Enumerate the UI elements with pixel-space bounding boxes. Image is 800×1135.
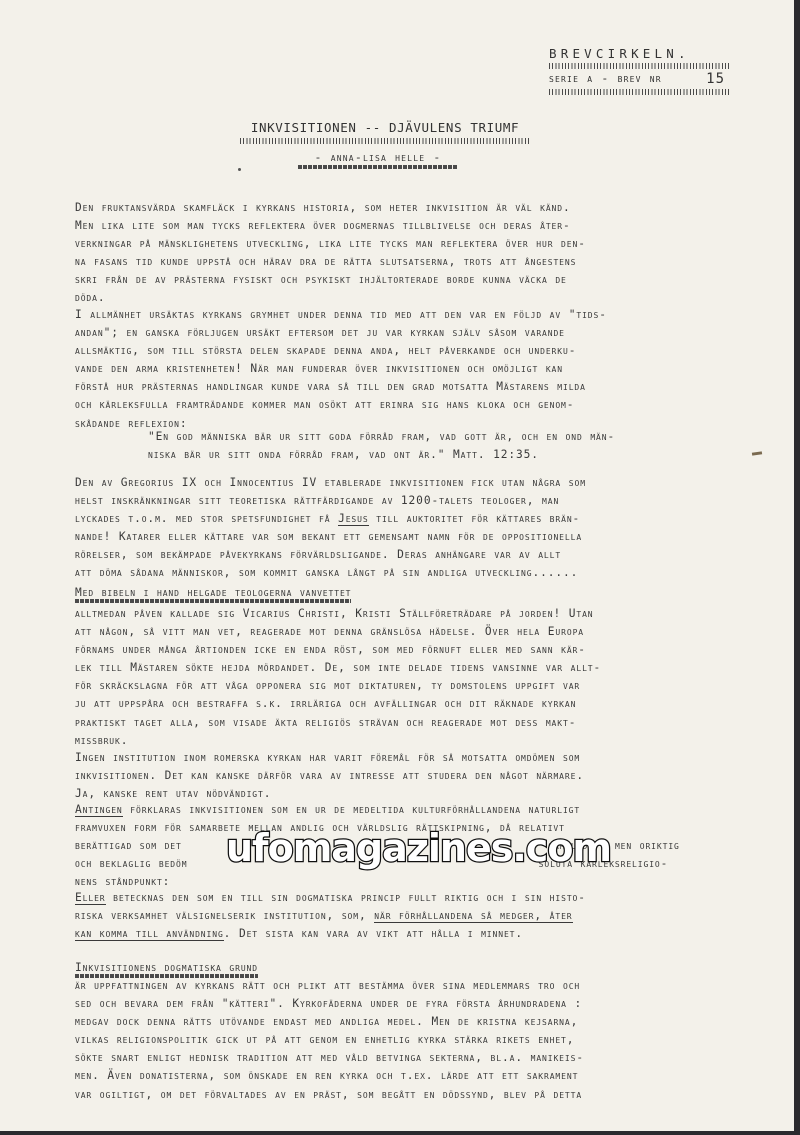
- paragraph-8: är uppfattningen av kyrkans rätt och pli…: [75, 977, 775, 1104]
- text-segment: nens ståndpunkt:: [75, 875, 170, 888]
- tick-divider: [549, 63, 729, 69]
- letter-number: 15: [706, 71, 725, 87]
- text-line: niska bär ur sitt onda förråd fram, vad …: [148, 446, 768, 464]
- text-segment: niska bär ur sitt onda förråd fram, vad …: [148, 448, 539, 461]
- text-line: inkvisitionen. Det kan kanske därför var…: [75, 767, 775, 785]
- text-segment: Den fruktansvärda skamfläck i kyrkans hi…: [75, 201, 571, 214]
- text-segment: Ingen institution inom romerska kyrkan h…: [75, 751, 580, 764]
- article-title: INKVISITIONEN -- DJÄVULENS TRIUMF: [240, 120, 530, 135]
- underlined-text: Jesus: [338, 512, 369, 526]
- text-line: nande! Katarer eller kättare var som bek…: [75, 528, 775, 546]
- text-line: praktiskt taget alla, som visade äkta re…: [75, 714, 775, 732]
- text-segment: praktiskt taget alla, som visade äkta re…: [75, 716, 576, 729]
- text-segment: I allmänhet ursäktas kyrkans grymhet und…: [75, 308, 607, 321]
- text-segment: verkningar på mänsklighetens utveckling,…: [75, 237, 586, 250]
- text-segment: vilkas religionspolitik gick ut på att g…: [75, 1033, 574, 1046]
- text-line: Antingen förklaras inkvisitionen som en …: [75, 801, 775, 819]
- paragraph-3: Den av Gregorius IX och Innocentius IV e…: [75, 474, 775, 583]
- article-title-block: INKVISITIONEN -- DJÄVULENS TRIUMF: [240, 120, 530, 146]
- text-line: men. Även donatisterna, som önskade en r…: [75, 1067, 775, 1085]
- underlined-text: Eller: [75, 891, 106, 905]
- text-segment: inkvisitionen. Det kan kanske därför var…: [75, 769, 584, 782]
- text-segment: nande! Katarer eller kättare var som bek…: [75, 530, 582, 543]
- paragraph-1: Den fruktansvärda skamfläck i kyrkans hi…: [75, 199, 775, 308]
- text-segment: för skräckslagna för att våga opponera s…: [75, 679, 580, 692]
- text-segment: förklaras inkvisitionen som en ur de med…: [123, 803, 580, 816]
- text-segment: Men lika lite som man tycks reflektera ö…: [75, 219, 571, 232]
- text-line: sed och bevara dem från "kätteri". Kyrko…: [75, 995, 775, 1013]
- text-line: Den av Gregorius IX och Innocentius IV e…: [75, 474, 775, 492]
- text-line: att döma sådana människor, som kommit ga…: [75, 564, 775, 582]
- text-line: Eller betecknas den som en till sin dogm…: [75, 889, 775, 907]
- paragraph-4: alltmedan påven kallade sig Vicarius Chr…: [75, 605, 775, 750]
- paragraph-7: Eller betecknas den som en till sin dogm…: [75, 889, 775, 943]
- text-segment: förstå hur prästernas handlingar kunde v…: [75, 380, 586, 393]
- text-line: Men lika lite som man tycks reflektera ö…: [75, 217, 775, 235]
- text-line: alltmedan påven kallade sig Vicarius Chr…: [75, 605, 775, 623]
- text-segment: riska verksamhet välsignelserik institut…: [75, 909, 374, 922]
- series-label: Serie A - brev nr: [549, 71, 662, 87]
- text-line: att någon, så vitt man vet, reagerade mo…: [75, 623, 775, 641]
- text-segment: missbruk.: [75, 734, 128, 747]
- text-segment: till auktoritet för kättares brän-: [369, 512, 581, 525]
- text-segment: na fasans tid kunde uppstå och härav dra…: [75, 255, 576, 268]
- document-page: BREVCIRKELN. Serie A - brev nr 15 INKVIS…: [0, 0, 794, 1131]
- text-segment: sed och bevara dem från "kätteri". Kyrko…: [75, 997, 582, 1010]
- text-segment: döda.: [75, 291, 106, 304]
- text-line: är uppfattningen av kyrkans rätt och pli…: [75, 977, 775, 995]
- text-segment: ju att uppspåra och bestraffa s.k. irrlä…: [75, 697, 576, 710]
- text-segment: . Det sista kan vara av vikt att hålla i…: [224, 927, 523, 940]
- speck: [238, 168, 241, 171]
- text-line: förstå hur prästernas handlingar kunde v…: [75, 378, 775, 396]
- text-segment: helst inskränkningar sitt teoretiska rät…: [75, 494, 559, 507]
- text-line: verkningar på mänsklighetens utveckling,…: [75, 235, 775, 253]
- scan-edge: [0, 1131, 800, 1135]
- section-heading-text: Inkvisitionens dogmatiska grund: [75, 961, 258, 974]
- text-segment: och kärleksfulla framträdande kommer man…: [75, 398, 574, 411]
- text-segment: sökte snart enligt hednisk tradition att…: [75, 1051, 584, 1064]
- letter-header: BREVCIRKELN. Serie A - brev nr 15: [549, 46, 729, 97]
- paragraph-5: Ingen institution inom romerska kyrkan h…: [75, 749, 775, 803]
- text-line: Ingen institution inom romerska kyrkan h…: [75, 749, 775, 767]
- text-line: na fasans tid kunde uppstå och härav dra…: [75, 253, 775, 271]
- text-line: medgav dock denna rätts utövande endast …: [75, 1013, 775, 1031]
- text-segment: lyckades t.o.m. med stor spetsfundighet …: [75, 512, 338, 525]
- underlined-text: kan komma till användning: [75, 927, 224, 941]
- underlined-text: när förhållandena så medger, åter: [374, 909, 572, 923]
- text-segment: att döma sådana människor, som kommit ga…: [75, 566, 578, 579]
- text-segment: vande den arma kristenheten! När man fun…: [75, 362, 563, 375]
- text-segment: alltmedan påven kallade sig Vicarius Chr…: [75, 607, 594, 620]
- text-line: vilkas religionspolitik gick ut på att g…: [75, 1031, 775, 1049]
- text-segment: men. Även donatisterna, som önskade en r…: [75, 1069, 578, 1082]
- bible-quote: "En god människa bär ur sitt goda förråd…: [148, 428, 768, 464]
- text-line: missbruk.: [75, 732, 775, 750]
- scan-edge: [794, 0, 800, 1135]
- watermark: ufomagazines.com: [226, 826, 611, 870]
- text-line: kan komma till användning. Det sista kan…: [75, 925, 775, 943]
- text-segment: Ja, kanske rent utav nödvändigt.: [75, 787, 271, 800]
- section-heading-text: Med bibeln i hand helgade teologerna van…: [75, 586, 351, 599]
- text-line: lek till Mästaren sökte hejda mördandet.…: [75, 659, 775, 677]
- text-line: I allmänhet ursäktas kyrkans grymhet und…: [75, 306, 775, 324]
- text-line: var ogiltigt, om det förvaltades av en p…: [75, 1086, 775, 1104]
- text-line: helst inskränkningar sitt teoretiska rät…: [75, 492, 775, 510]
- text-segment: andan"; en ganska förljugen ursäkt efter…: [75, 326, 565, 339]
- text-segment: förnams under många årtionden icke en en…: [75, 643, 586, 656]
- section-heading-1: Med bibeln i hand helgade teologerna van…: [75, 581, 775, 603]
- text-segment: lek till Mästaren sökte hejda mördandet.…: [75, 661, 601, 674]
- text-line: döda.: [75, 289, 775, 307]
- text-line: andan"; en ganska förljugen ursäkt efter…: [75, 324, 775, 342]
- text-line: vande den arma kristenheten! När man fun…: [75, 360, 775, 378]
- text-segment: skri från de av prästerna fysiskt och ps…: [75, 273, 567, 286]
- text-segment: är uppfattningen av kyrkans rätt och pli…: [75, 979, 580, 992]
- paragraph-2: I allmänhet ursäktas kyrkans grymhet und…: [75, 306, 775, 433]
- text-segment: "En god människa bär ur sitt goda förråd…: [148, 430, 615, 443]
- text-line: rörelser, som bekämpade påvekyrkans förv…: [75, 546, 775, 564]
- text-segment: Den av Gregorius IX och Innocentius IV e…: [75, 476, 586, 489]
- text-segment: var ogiltigt, om det förvaltades av en p…: [75, 1088, 582, 1101]
- text-segment: att någon, så vitt man vet, reagerade mo…: [75, 625, 584, 638]
- text-line: allsmäktig, som till största delen skapa…: [75, 342, 775, 360]
- text-line: riska verksamhet välsignelserik institut…: [75, 907, 775, 925]
- tick-divider: [240, 138, 530, 144]
- text-line: ju att uppspåra och bestraffa s.k. irrlä…: [75, 695, 775, 713]
- underlined-text: Antingen: [75, 803, 123, 817]
- series-line: Serie A - brev nr 15: [549, 71, 729, 87]
- text-line: "En god människa bär ur sitt goda förråd…: [148, 428, 768, 446]
- publication-name: BREVCIRKELN.: [549, 46, 729, 61]
- text-segment: betecknas den som en till sin dogmatiska…: [106, 891, 586, 904]
- text-line: sökte snart enligt hednisk tradition att…: [75, 1049, 775, 1067]
- text-segment: rörelser, som bekämpade påvekyrkans förv…: [75, 548, 561, 561]
- text-line: lyckades t.o.m. med stor spetsfundighet …: [75, 510, 775, 528]
- text-segment: medgav dock denna rätts utövande endast …: [75, 1015, 578, 1028]
- tick-divider: [549, 89, 729, 95]
- text-line: förnams under många årtionden icke en en…: [75, 641, 775, 659]
- text-segment: allsmäktig, som till största delen skapa…: [75, 344, 576, 357]
- author-name: - Anna-Lisa Helle -: [298, 150, 458, 164]
- dashed-underline: [75, 599, 351, 603]
- dashed-underline: [298, 165, 458, 169]
- text-line: och kärleksfulla framträdande kommer man…: [75, 396, 775, 414]
- text-line: Den fruktansvärda skamfläck i kyrkans hi…: [75, 199, 775, 217]
- text-line: för skräckslagna för att våga opponera s…: [75, 677, 775, 695]
- author-block: - Anna-Lisa Helle -: [298, 150, 458, 169]
- section-heading-2: Inkvisitionens dogmatiska grund: [75, 956, 775, 978]
- text-line: skri från de av prästerna fysiskt och ps…: [75, 271, 775, 289]
